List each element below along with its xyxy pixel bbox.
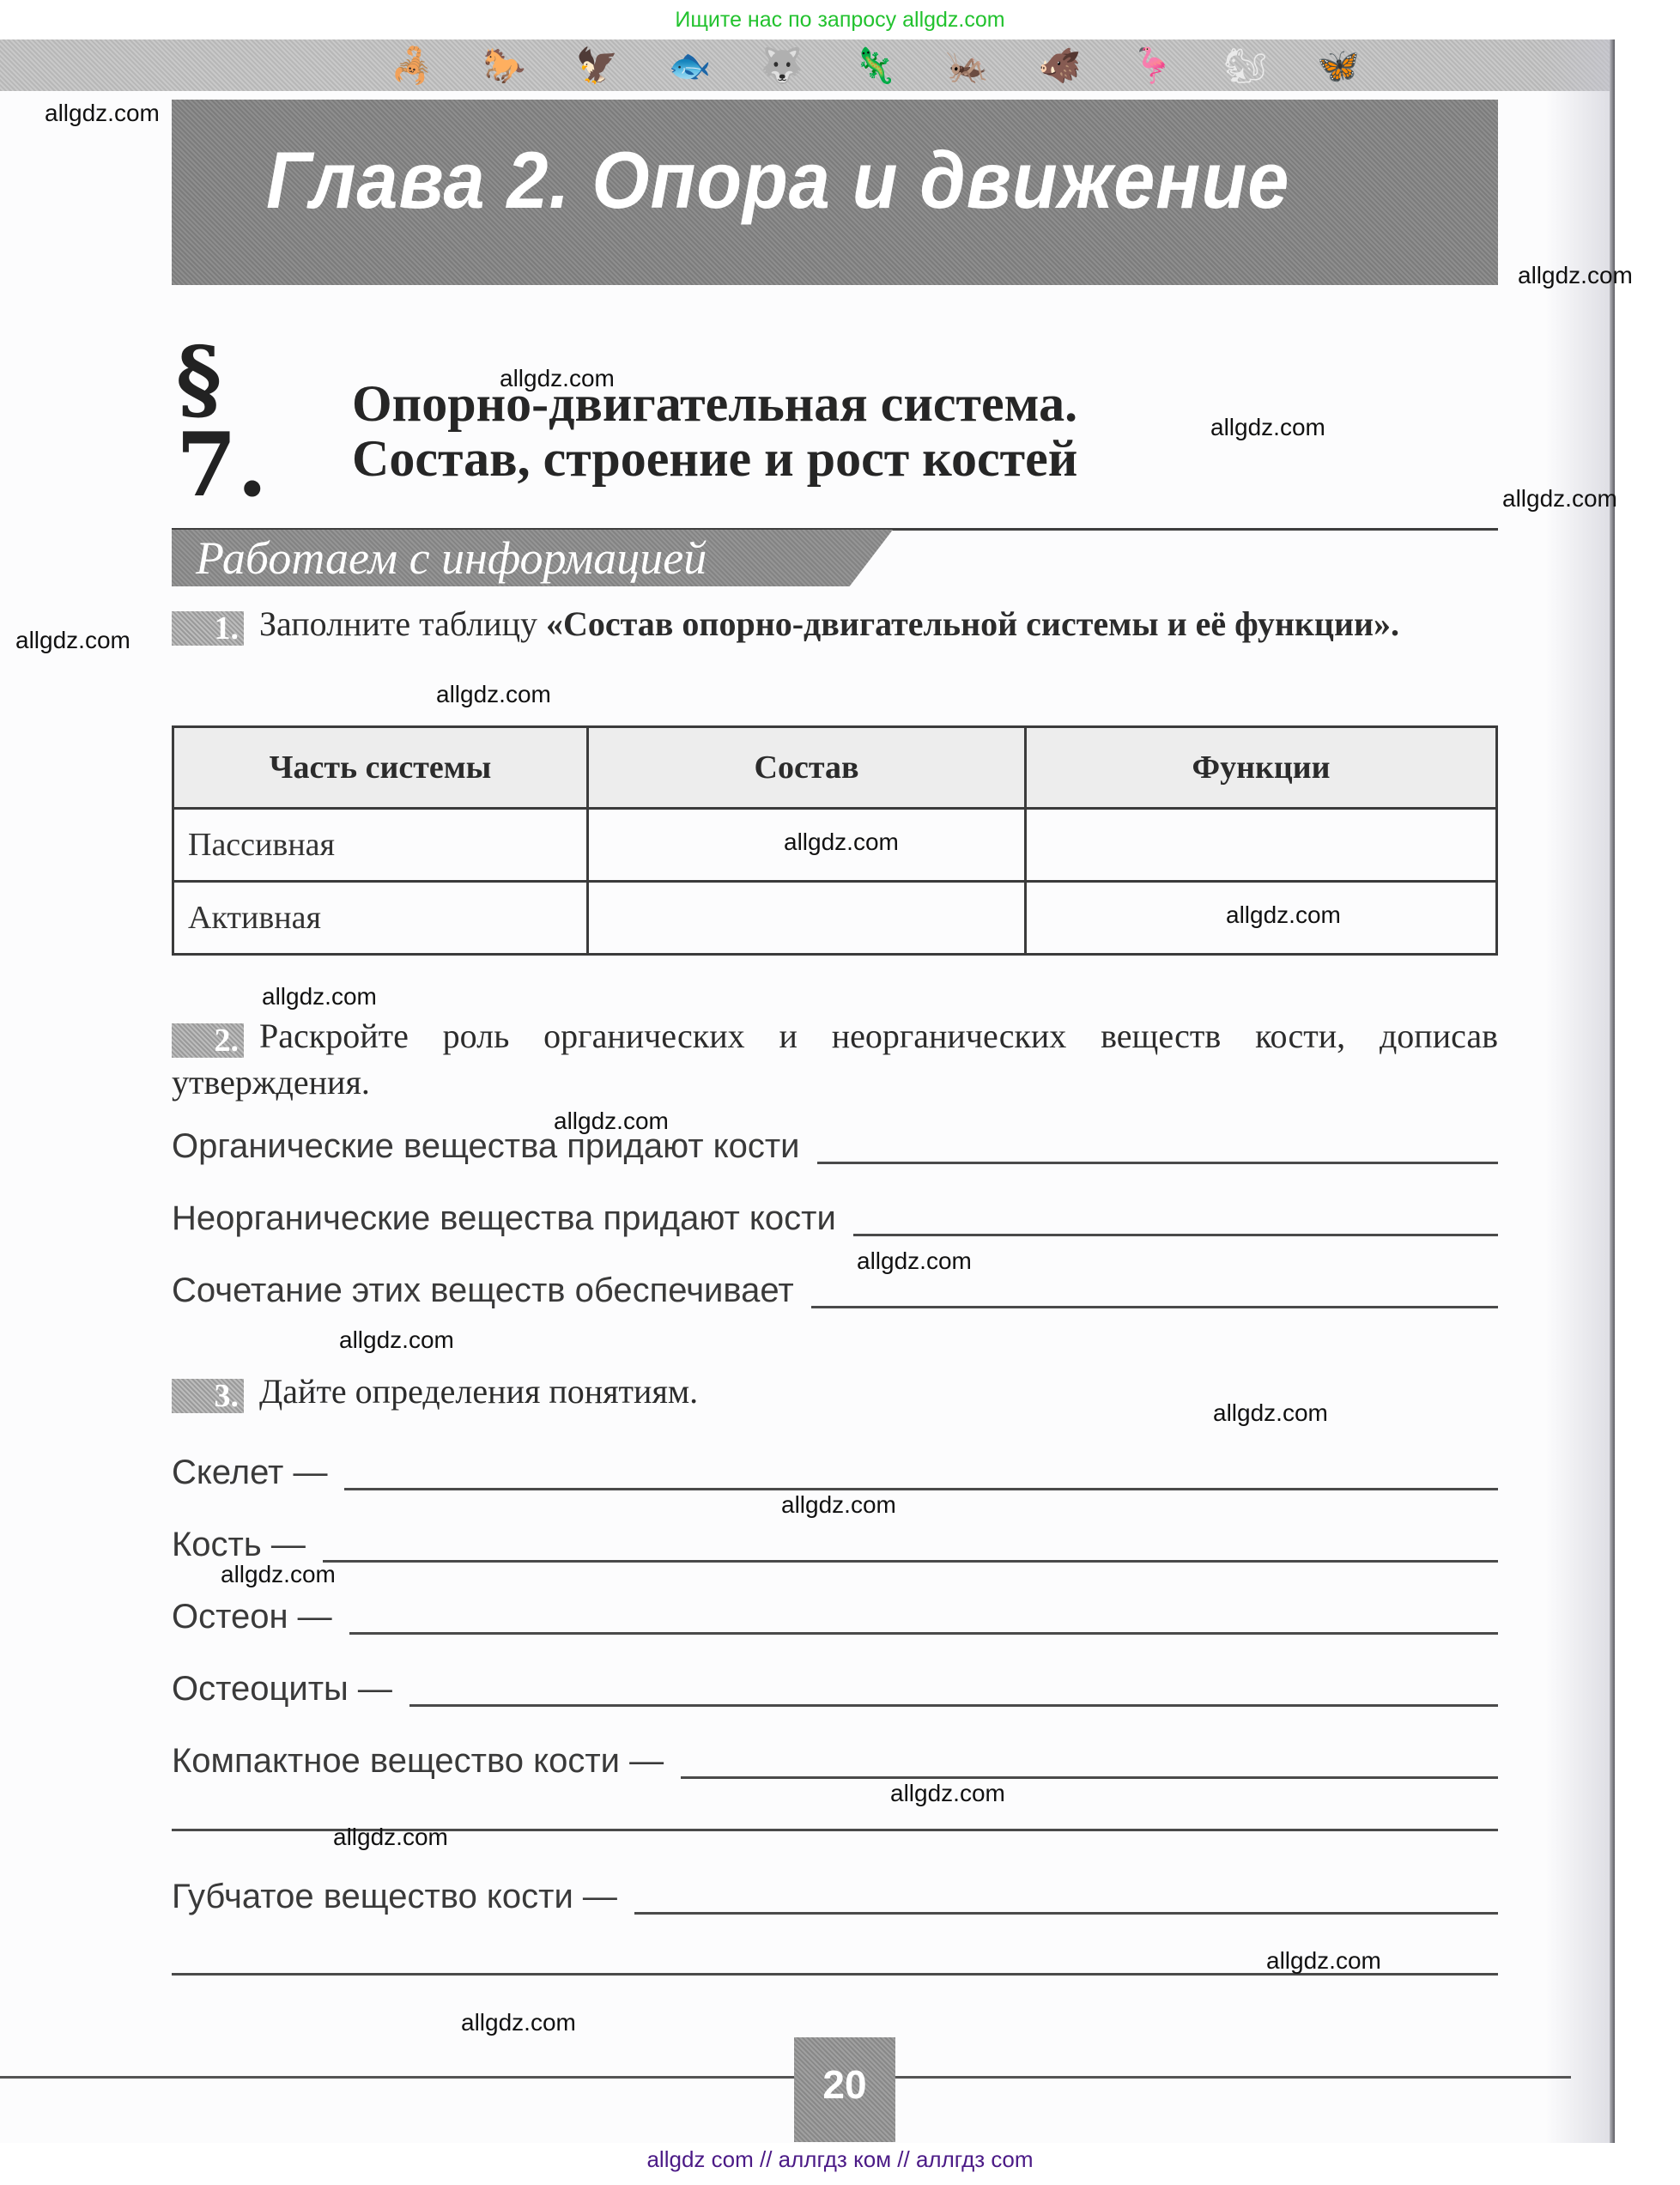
- definition-row: Компактное вещество кости —: [172, 1731, 1498, 1782]
- chapter-banner: Глава 2. Опора и движение: [172, 100, 1498, 285]
- section-title-line2: Состав, строение и рост костей: [352, 429, 1077, 489]
- row-label: Активная: [173, 882, 588, 955]
- task-2-text: Раскройте роль органических и неорганиче…: [172, 1017, 1498, 1102]
- horse-icon: 🐎: [483, 46, 526, 86]
- definition-row: Кость —: [172, 1514, 1498, 1566]
- answer-blank[interactable]: [817, 1162, 1498, 1164]
- definition-row: Остеон —: [172, 1587, 1498, 1638]
- term-label: Губчатое вещество кости —: [172, 1875, 634, 1918]
- term-label: Компактное вещество кости —: [172, 1739, 681, 1782]
- ostrich-icon: 🦩: [1131, 46, 1174, 86]
- answer-blank[interactable]: [349, 1632, 1498, 1635]
- watermark: allgdz.com: [500, 365, 615, 392]
- watermark: allgdz.com: [45, 100, 160, 127]
- watermark: allgdz.com: [262, 983, 377, 1011]
- task-1: 1.Заполните таблицу «Состав опорно-двига…: [172, 601, 1498, 647]
- watermark: allgdz.com: [1266, 1947, 1381, 1975]
- task-number-badge: 2.: [172, 1023, 244, 1058]
- task-3-text: Дайте определения понятиям.: [259, 1372, 698, 1411]
- page-gutter-shadow: [1545, 39, 1614, 2143]
- task-1-title: «Состав опорно-двигательной системы и её…: [546, 604, 1399, 643]
- term-label: Кость —: [172, 1523, 323, 1566]
- answer-blank[interactable]: [853, 1234, 1498, 1236]
- insect-icon: 🦗: [946, 46, 989, 86]
- page-number-tab: 20: [794, 2037, 895, 2142]
- statement-label: Сочетание этих веществ обеспечивает: [172, 1269, 811, 1312]
- watermark: allgdz.com: [1518, 262, 1633, 289]
- statement-row: Неорганические вещества придают кости: [172, 1188, 1498, 1240]
- work-section-banner: Работаем с информацией: [172, 530, 893, 586]
- section-title-line1: Опорно-двигательная система.: [352, 374, 1077, 434]
- table-header-row: Часть системы Состав Функции: [173, 727, 1497, 809]
- watermark: allgdz.com: [857, 1247, 972, 1275]
- task-number-badge: 1.: [172, 611, 244, 646]
- statement-label: Неорганические вещества придают кости: [172, 1197, 853, 1240]
- scorpion-icon: 🦂: [391, 46, 434, 86]
- watermark: allgdz.com: [339, 1326, 454, 1354]
- watermark: allgdz.com: [781, 1491, 896, 1519]
- statement-row: Сочетание этих веществ обеспечивает: [172, 1260, 1498, 1312]
- answer-cell[interactable]: [1026, 809, 1497, 882]
- answer-blank[interactable]: [634, 1912, 1498, 1915]
- answer-blank[interactable]: [344, 1488, 1498, 1490]
- column-header: Функции: [1026, 727, 1497, 809]
- chapter-title: Глава 2. Опора и движение: [266, 134, 1289, 227]
- watermark: allgdz.com: [784, 828, 899, 856]
- adjacent-page: [1615, 39, 1680, 2143]
- squirrel-icon: 🐿: [1223, 46, 1267, 86]
- footer-watermark: allgdz com // аллгдз ком // аллгдз com: [0, 2146, 1680, 2173]
- answer-blank[interactable]: [811, 1306, 1498, 1308]
- section-number: § 7.: [176, 337, 267, 508]
- statement-label: Органические вещества придают кости: [172, 1125, 817, 1168]
- definition-row: Остеоциты —: [172, 1659, 1498, 1710]
- watermark: allgdz.com: [1210, 414, 1325, 441]
- bottom-rule: [0, 2076, 1571, 2079]
- watermark: allgdz.com: [333, 1824, 448, 1851]
- task-number-badge: 3.: [172, 1379, 244, 1413]
- search-banner: Ищите нас по запросу allgdz.com: [0, 0, 1680, 39]
- definition-row: Скелет —: [172, 1442, 1498, 1494]
- watermark: allgdz.com: [554, 1108, 669, 1135]
- lizard-icon: 🦎: [853, 46, 896, 86]
- fish-icon: 🐟: [668, 46, 711, 86]
- boar-icon: 🐗: [1039, 46, 1082, 86]
- watermark: allgdz.com: [890, 1780, 1005, 1807]
- answer-blank[interactable]: [409, 1704, 1498, 1707]
- animal-silhouette-strip: 🦂 🐎 🦅 🐟 🐺 🦎 🦗 🐗 🦩 🐿 🦋: [0, 39, 1614, 91]
- answer-blank[interactable]: [681, 1776, 1498, 1779]
- page-number: 20: [822, 2062, 866, 2107]
- term-label: Остеоциты —: [172, 1667, 409, 1710]
- task-1-text: Заполните таблицу: [259, 604, 546, 643]
- watermark: allgdz.com: [1226, 901, 1341, 929]
- watermark: allgdz.com: [1502, 485, 1617, 513]
- animal-icons: 🦂 🐎 🦅 🐟 🐺 🦎 🦗 🐗 🦩 🐿 🦋: [391, 46, 1360, 86]
- watermark: allgdz.com: [221, 1561, 336, 1588]
- term-label: Скелет —: [172, 1451, 344, 1494]
- task-2: 2.Раскройте роль органических и неоргани…: [172, 1013, 1498, 1106]
- definition-row: Губчатое вещество кости —: [172, 1866, 1498, 1918]
- statement-row: Органические вещества придают кости: [172, 1116, 1498, 1168]
- bird-icon: 🦅: [576, 46, 619, 86]
- row-label: Пассивная: [173, 809, 588, 882]
- answer-cell[interactable]: [588, 882, 1026, 955]
- watermark: allgdz.com: [15, 627, 130, 654]
- search-banner-text: Ищите нас по запросу allgdz.com: [675, 8, 1004, 32]
- answer-blank[interactable]: [323, 1560, 1498, 1563]
- footer-text: allgdz com // аллгдз ком // аллгдз com: [646, 2146, 1033, 2172]
- watermark: allgdz.com: [461, 2009, 576, 2036]
- column-header: Часть системы: [173, 727, 588, 809]
- butterfly-icon: 🦋: [1317, 46, 1360, 86]
- watermark: allgdz.com: [436, 681, 551, 708]
- term-label: Остеон —: [172, 1595, 349, 1638]
- watermark: allgdz.com: [1213, 1399, 1328, 1427]
- work-section-label: Работаем с информацией: [196, 531, 707, 585]
- wolf-icon: 🐺: [761, 46, 804, 86]
- column-header: Состав: [588, 727, 1026, 809]
